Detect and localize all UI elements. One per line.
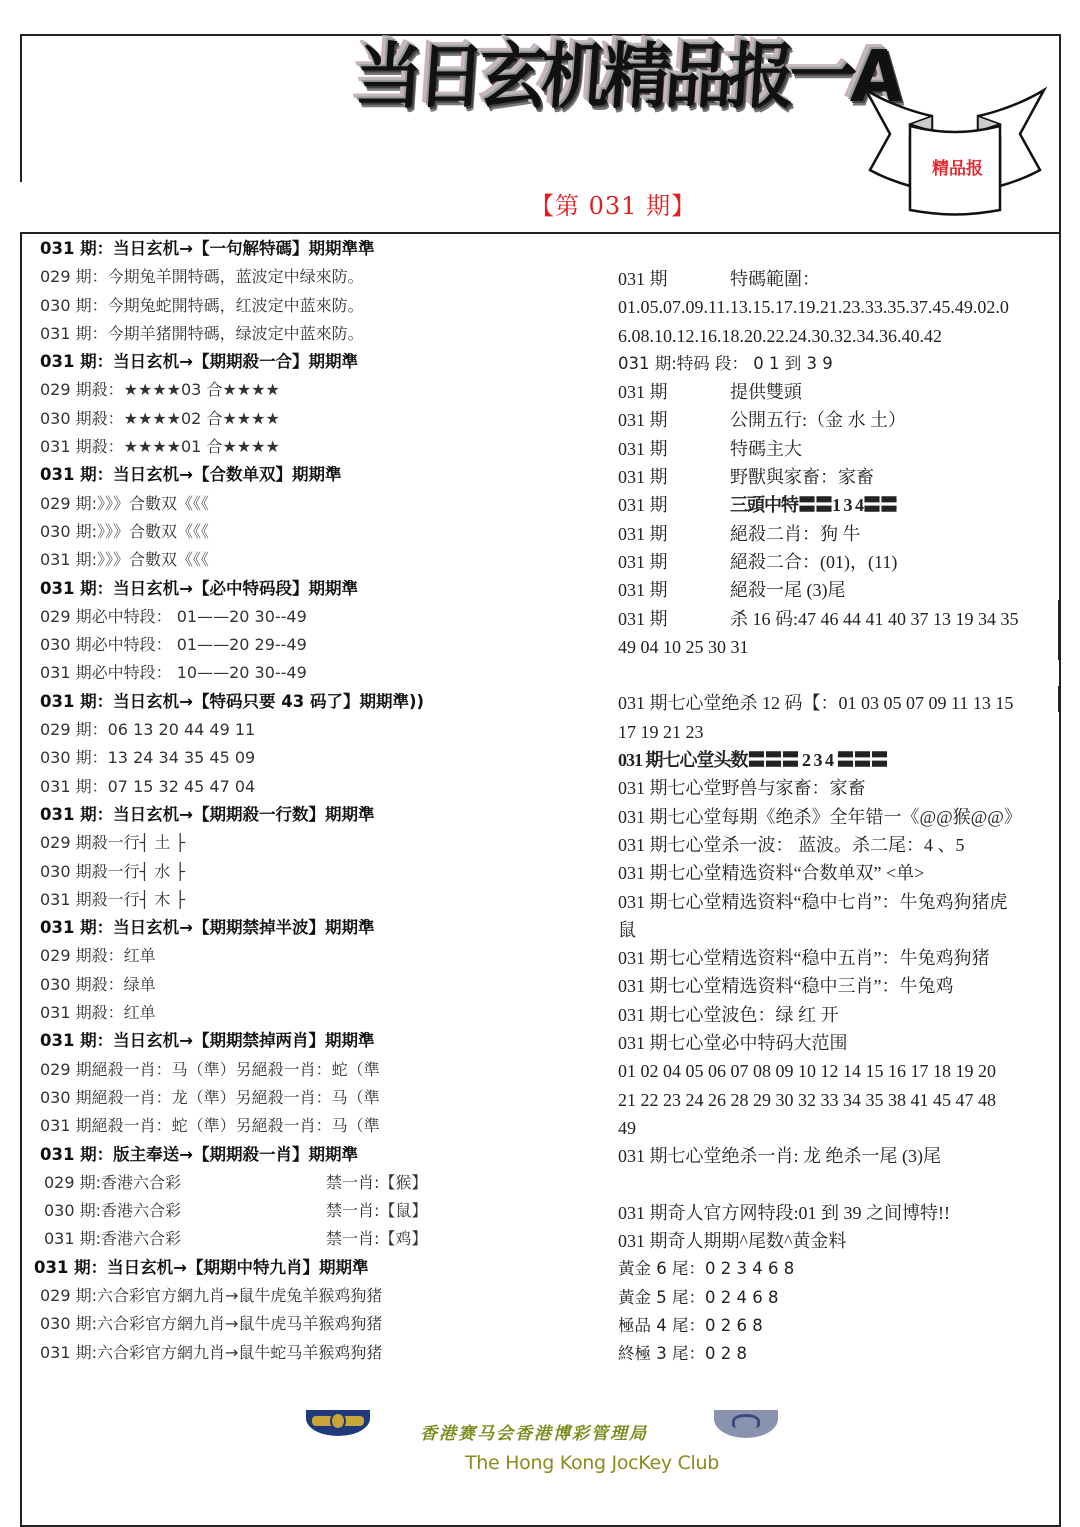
period-label: 031 期 [618, 265, 730, 293]
list-item: 031 期提供雙頭 [618, 378, 1022, 406]
list-item: 17 19 21 23 [618, 718, 1022, 746]
list-item: 黃金 6 尾：0 2 3 4 6 8 [618, 1255, 1022, 1283]
item-value: 提供雙頭 [730, 382, 802, 402]
ribbon-banner-icon [862, 86, 1048, 216]
list-item: 49 04 10 25 30 31 [618, 633, 1022, 661]
list-item: 030 期:香港六合彩 禁一肖:【鼠】 [40, 1197, 424, 1225]
frame-gap [18, 182, 24, 232]
section-heading: 031 期：当日玄机→【特码只要 43 码了】期期準)) [40, 688, 424, 716]
issue-number: 【第 031 期】 [530, 186, 696, 221]
list-item: 031 期必中特段： 10——20 30--49 [40, 659, 424, 687]
item-value: 絕殺一尾 (3)尾 [730, 580, 846, 600]
item-value: 特碼範圍： [730, 269, 820, 289]
period-label: 031 期:香港六合彩 [44, 1229, 181, 1248]
period-label: 029 期:香港六合彩 [44, 1173, 181, 1192]
period-label: 031 期 [618, 548, 730, 576]
left-column: 031 期：当日玄机→【一句解特碼】期期準準 029 期：今期兔羊開特碼，蓝波定… [40, 235, 424, 1367]
list-item: 031 期：07 15 32 45 47 04 [40, 773, 424, 801]
list-item: 030 期殺：★★★★02 合★★★★ [40, 405, 424, 433]
list-item: 030 期:六合彩官方網九肖→鼠牛虎马羊猴鸡狗猪 [40, 1310, 424, 1338]
list-item: 031 期：今期羊猪開特碼，绿波定中蓝來防。 [40, 320, 424, 348]
list-item: 031 期絕殺二肖：狗 牛 [618, 520, 1022, 548]
ban-value: 禁一肖:【鼠】 [326, 1197, 427, 1225]
list-item: 01.05.07.09.11.13.15.17.19.21.23.33.35.3… [618, 293, 1022, 321]
list-item: 黃金 5 尾：0 2 4 6 8 [618, 1284, 1022, 1312]
list-item: 031 期絕殺一肖：蛇（準）另絕殺一肖：马（準 [40, 1112, 424, 1140]
period-label: 031 期 [618, 605, 730, 633]
side-divider [1058, 600, 1060, 660]
ban-value: 禁一肖:【鸡】 [326, 1225, 427, 1253]
list-item: 031 期七心堂精选资料“稳中五肖”：牛兔鸡狗猪 [618, 944, 1022, 972]
list-item: 029 期殺：红单 [40, 942, 424, 970]
list-item: 029 期：06 13 20 44 49 11 [40, 716, 424, 744]
list-item: 031 期:》》》合數双《《《 [40, 546, 424, 574]
section-heading: 031 期：当日玄机→【期期殺一行数】期期準 [40, 801, 424, 829]
list-item: 031 期奇人官方网特段:01 到 39 之间博特!! [618, 1199, 1022, 1227]
list-item: 031 期奇人期期^尾数^黄金料 [618, 1227, 1022, 1255]
list-item: 029 期殺一行┤ 土 ├ [40, 829, 424, 857]
section-heading: 031 期：当日玄机→【期期禁掉半波】期期準 [40, 914, 424, 942]
period-label: 031 期 [618, 463, 730, 491]
list-item: 031 期野獸與家畜：家畜 [618, 463, 1022, 491]
list-item: 031 期三頭中特〓〓1 3 4〓〓 [618, 491, 1022, 519]
list-item: 031 期七心堂绝杀一肖: 龙 绝杀一尾 (3)尾 [618, 1142, 1022, 1170]
list-item: 030 期殺一行┤ 水 ├ [40, 858, 424, 886]
item-value: 絕殺二肖：狗 牛 [730, 524, 861, 544]
period-label: 030 期:香港六合彩 [44, 1201, 181, 1220]
list-item: 031 期特碼範圍： [618, 265, 1022, 293]
list-item: 029 期絕殺一肖：马（準）另絕殺一肖：蛇（準 [40, 1056, 424, 1084]
list-item: 031 期殺：★★★★01 合★★★★ [40, 433, 424, 461]
footer-english-name: The Hong Kong JocKey Club [465, 1452, 719, 1474]
list-item: 029 期：今期兔羊開特碼，蓝波定中绿來防。 [40, 263, 424, 291]
list-item: 031 期七心堂绝杀 12 码【：01 03 05 07 09 11 13 15 [618, 689, 1022, 717]
right-column: 031 期特碼範圍： 01.05.07.09.11.13.15.17.19.21… [618, 265, 1022, 1369]
section-heading: 031 期：当日玄机→【合数单双】期期準 [40, 461, 424, 489]
section-heading: 031 期：当日玄机→【必中特码段】期期準 [40, 575, 424, 603]
list-item: 029 期:六合彩官方網九肖→鼠牛虎兔羊猴鸡狗猪 [40, 1282, 424, 1310]
list-item: 029 期:》》》合數双《《《 [40, 490, 424, 518]
list-item: 031 期七心堂精选资料“稳中三肖”：牛兔鸡 [618, 972, 1022, 1000]
item-value: 杀 16 码:47 46 44 41 40 37 13 19 34 35 [730, 609, 1019, 629]
emblem-ring [330, 1412, 346, 1430]
spacer [618, 661, 1022, 689]
period-label: 031 期 [618, 520, 730, 548]
list-item: 031 期:香港六合彩 禁一肖:【鸡】 [40, 1225, 424, 1253]
list-item: 031 期特碼主大 [618, 435, 1022, 463]
list-item: 031 期:特码 段： 0 1 到 3 9 [618, 350, 1022, 378]
period-label: 031 期 [618, 491, 730, 519]
list-item: 031 期七心堂头数〓〓〓 2 3 4 〓〓〓 [618, 746, 1022, 774]
period-label: 031 期 [618, 406, 730, 434]
list-item: 01 02 04 05 06 07 08 09 10 12 14 15 16 1… [618, 1057, 1022, 1085]
ribbon-label: 精品报 [932, 154, 983, 179]
list-item: 031 期殺一行┤ 木 ├ [40, 886, 424, 914]
item-value: 三頭中特〓〓1 3 4〓〓 [730, 495, 897, 515]
list-item: 極品 4 尾：0 2 6 8 [618, 1312, 1022, 1340]
horse-head-shape [732, 1414, 760, 1428]
list-item: 030 期：今期兔蛇開特碼，红波定中蓝來防。 [40, 292, 424, 320]
list-item: 031 期絕殺一尾 (3)尾 [618, 576, 1022, 604]
list-item: 029 期殺：★★★★03 合★★★★ [40, 376, 424, 404]
ban-value: 禁一肖:【猴】 [326, 1169, 427, 1197]
list-item: 030 期必中特段： 01——20 29--49 [40, 631, 424, 659]
item-value: 公開五行:（金 水 土） [730, 410, 906, 430]
item-value: 絕殺二合：(01)，(11) [730, 552, 897, 572]
list-item: 031 期絕殺二合：(01)，(11) [618, 548, 1022, 576]
list-item: 031 期:六合彩官方網九肖→鼠牛蛇马羊猴鸡狗猪 [40, 1339, 424, 1367]
list-item: 031 期七心堂精选资料“稳中七肖”：牛兔鸡狗猪虎 [618, 888, 1022, 916]
list-item: 031 期七心堂波色：绿 红 开 [618, 1001, 1022, 1029]
list-item: 031 期七心堂每期《绝杀》全年错一《@@猴@@》 [618, 803, 1022, 831]
title-banner: 当日玄机精品报一A [355, 38, 875, 118]
list-item: 030 期絕殺一肖：龙（準）另絕殺一肖：马（準 [40, 1084, 424, 1112]
item-value: 野獸與家畜：家畜 [730, 467, 874, 487]
list-item: 21 22 23 24 26 28 29 30 32 33 34 35 38 4… [618, 1086, 1022, 1114]
list-item: 031 期七心堂精选资料“合数单双” <单> [618, 859, 1022, 887]
list-item: 030 期殺：绿单 [40, 971, 424, 999]
list-item: 6.08.10.12.16.18.20.22.24.30.32.34.36.40… [618, 322, 1022, 350]
period-label: 031 期 [618, 435, 730, 463]
list-item: 029 期必中特段： 01——20 30--49 [40, 603, 424, 631]
section-heading: 031 期：当日玄机→【期期殺一合】期期準 [40, 348, 424, 376]
list-item: 031 期七心堂杀一波： 蓝波。杀二尾：4 、5 [618, 831, 1022, 859]
list-item: 030 期：13 24 34 35 45 09 [40, 744, 424, 772]
list-item: 終極 3 尾：0 2 8 [618, 1340, 1022, 1368]
list-item: 031 期公開五行:（金 水 土） [618, 406, 1022, 434]
list-item: 031 期七心堂野兽与家畜：家畜 [618, 774, 1022, 802]
item-value: 特碼主大 [730, 439, 802, 459]
spacer [618, 1171, 1022, 1199]
list-item: 030 期:》》》合數双《《《 [40, 518, 424, 546]
section-heading: 031 期：当日玄机→【期期中特九肖】期期準 [34, 1254, 424, 1282]
section-heading: 031 期：版主奉送→【期期殺一肖】期期準 [40, 1141, 424, 1169]
side-divider [1058, 686, 1060, 712]
period-label: 031 期 [618, 576, 730, 604]
footer-chinese-name: 香港赛马会香港博彩管理局 [420, 1419, 648, 1444]
list-item: 鼠 [618, 916, 1022, 944]
list-item: 031 期杀 16 码:47 46 44 41 40 37 13 19 34 3… [618, 605, 1022, 633]
period-label: 031 期 [618, 378, 730, 406]
section-heading: 031 期：当日玄机→【一句解特碼】期期準準 [40, 235, 424, 263]
list-item: 031 期殺：红单 [40, 999, 424, 1027]
list-item: 031 期七心堂必中特码大范围 [618, 1029, 1022, 1057]
list-item: 49 [618, 1114, 1022, 1142]
section-heading: 031 期：当日玄机→【期期禁掉两肖】期期準 [40, 1027, 424, 1055]
list-item: 029 期:香港六合彩 禁一肖:【猴】 [40, 1169, 424, 1197]
page-title: 当日玄机精品报一A [352, 36, 878, 120]
